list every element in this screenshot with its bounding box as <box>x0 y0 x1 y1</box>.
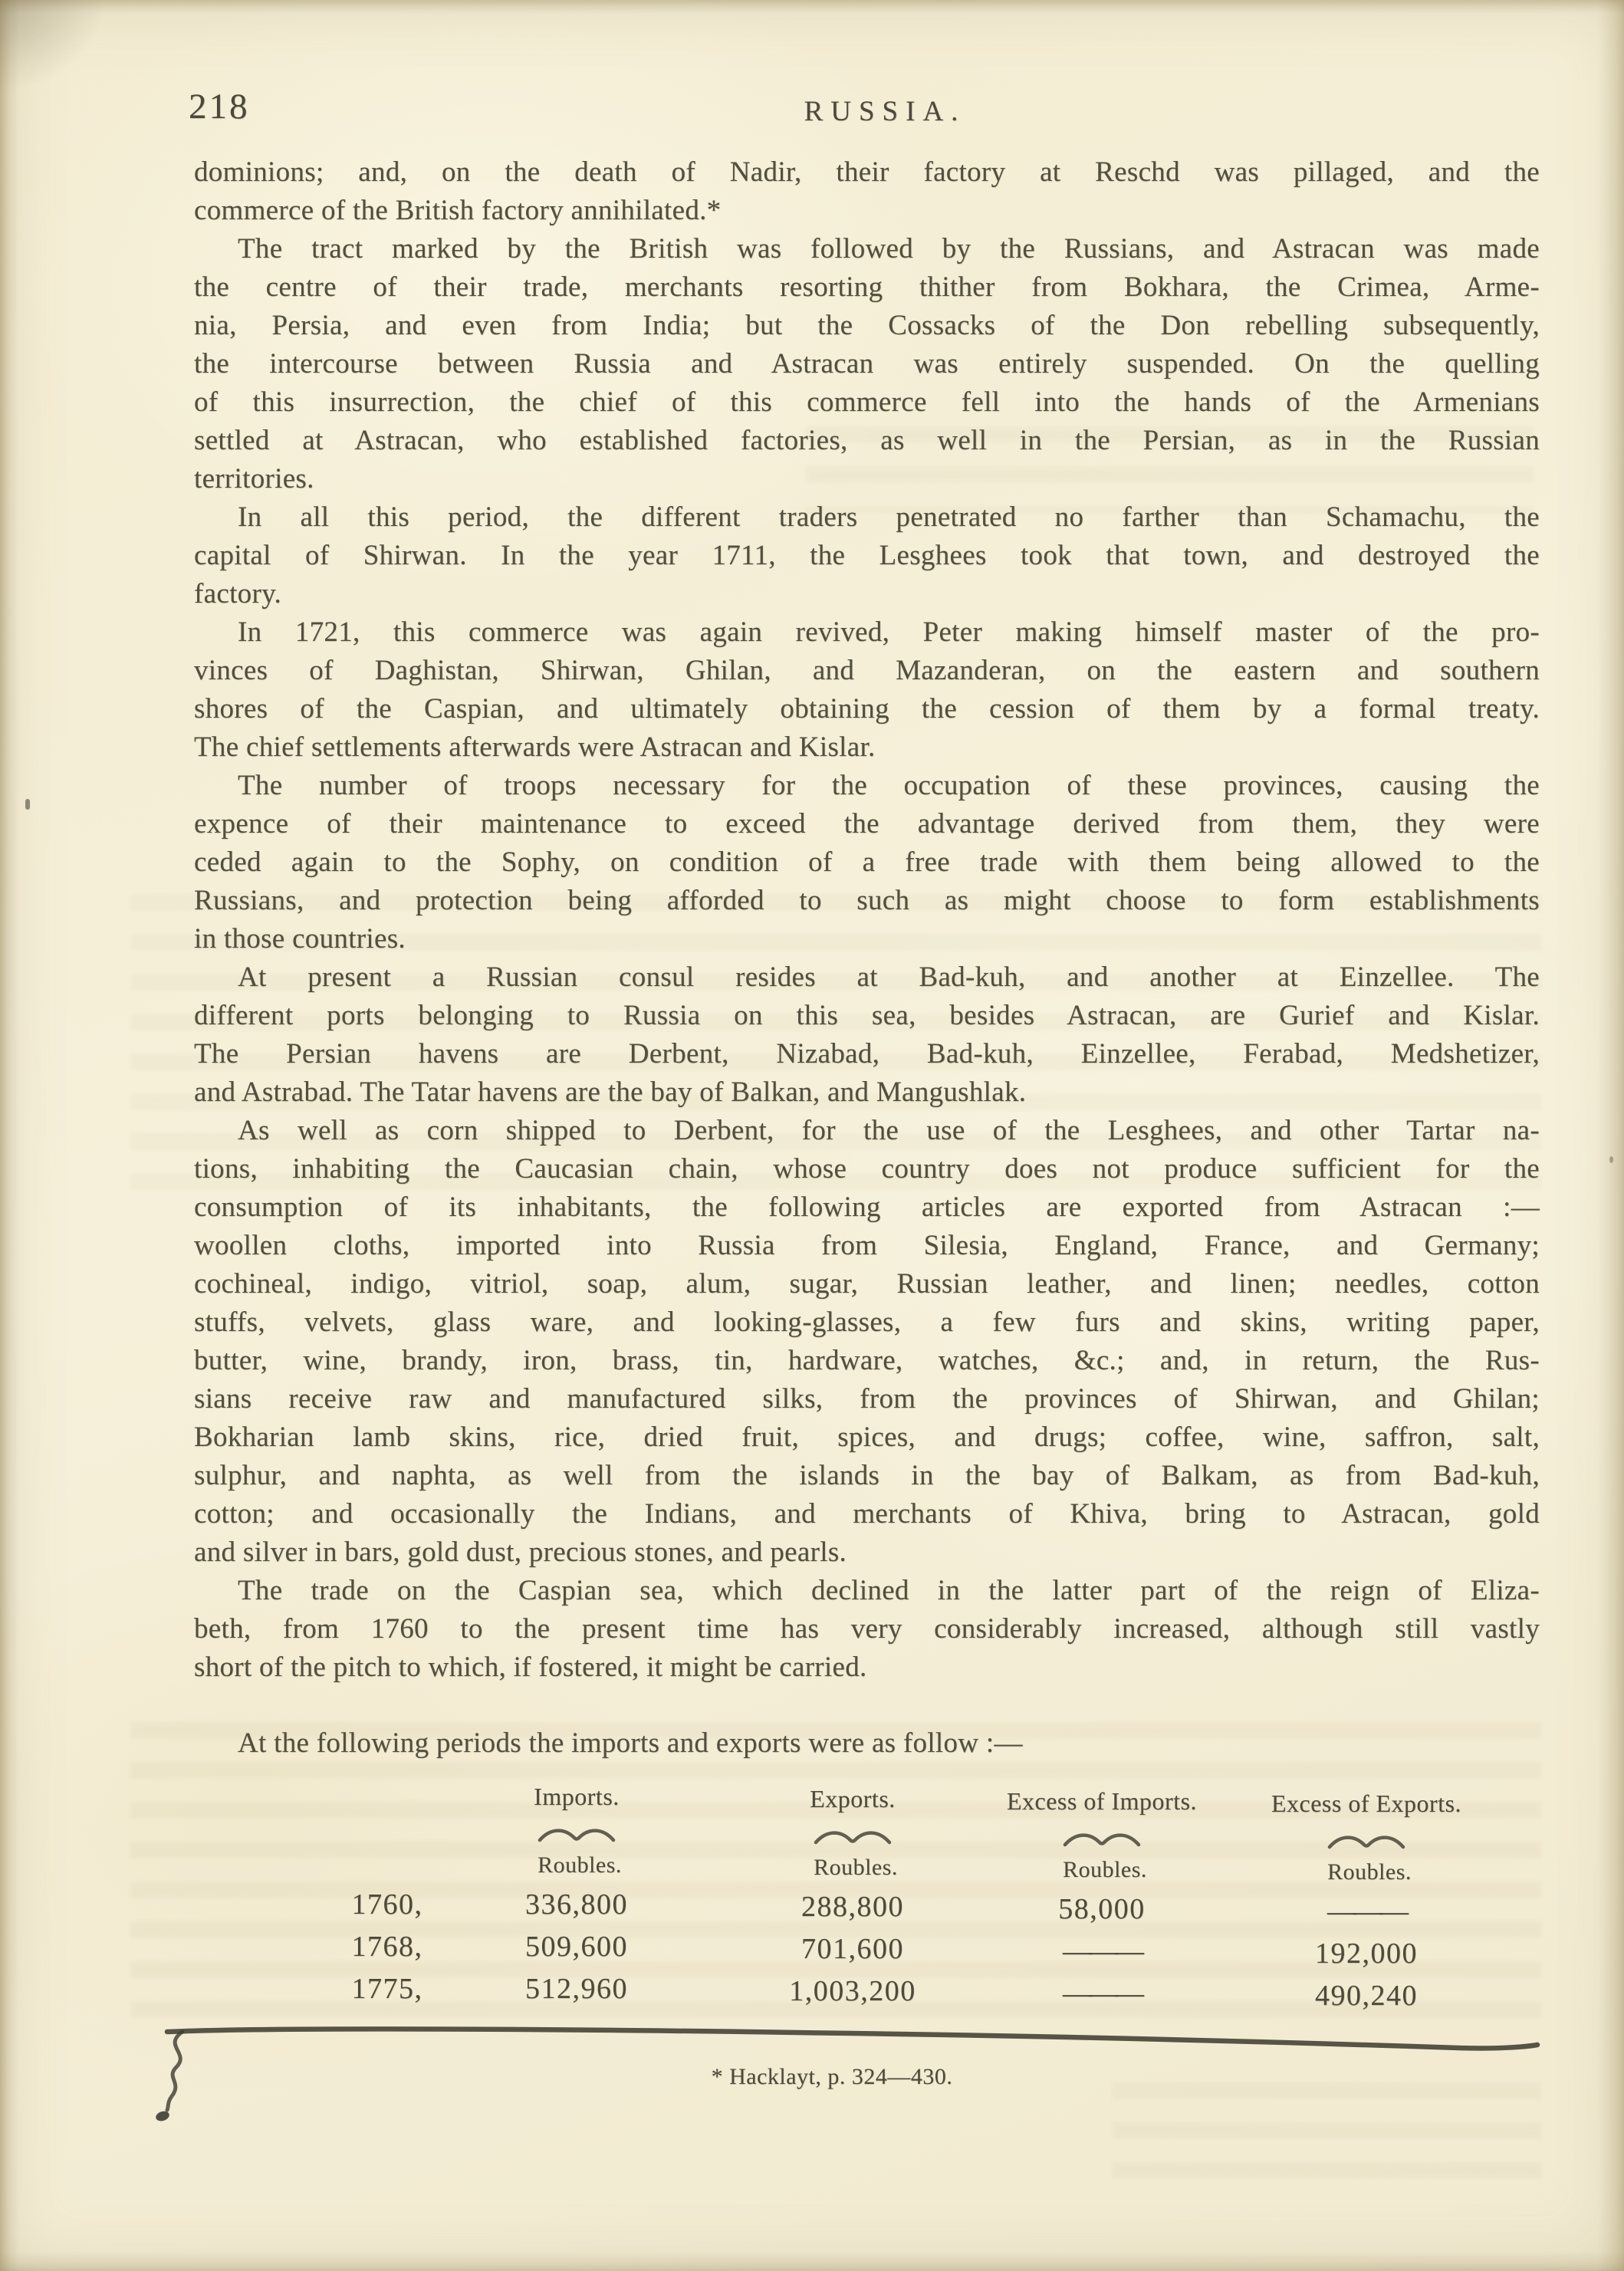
footnote-rule <box>163 2024 1543 2059</box>
text-line: Bokharian lamb skins, rice, dried fruit,… <box>194 1418 1540 1457</box>
brace-icon <box>813 1829 893 1851</box>
text-line: dominions; and, on the death of Nadir, t… <box>194 153 1540 192</box>
text-line: short of the pitch to which, if fostered… <box>194 1648 1540 1687</box>
text-line: The chief settlements afterwards were As… <box>194 728 1540 767</box>
text-line: the centre of their trade, merchants res… <box>194 268 1540 307</box>
text-line: and silver in bars, gold dust, precious … <box>194 1533 1540 1572</box>
unit-label: Roubles. <box>1327 1859 1412 1885</box>
brace-icon <box>1326 1833 1406 1855</box>
page-corner-shadow <box>0 0 107 92</box>
text-line: In 1721, this commerce was again revived… <box>194 613 1540 652</box>
column-header: Exports. <box>810 1785 896 1813</box>
year-cell: 1760, <box>352 1888 423 1921</box>
paragraph: In 1721, this commerce was again revived… <box>194 613 1540 767</box>
book-page: 218 RUSSIA. dominions; and, on the death… <box>0 0 1624 2271</box>
show-through <box>1112 2070 1541 2185</box>
table-intro: At the following periods the imports and… <box>238 1727 1023 1760</box>
value-cell: 192,000 <box>1315 1937 1418 1970</box>
ink-flourish-icon <box>150 2030 204 2130</box>
value-cell: ——— <box>1063 1977 1141 2010</box>
value-cell: 336,800 <box>525 1888 628 1921</box>
paragraph: At present a Russian consul resides at B… <box>194 958 1540 1112</box>
ink-speck <box>25 799 30 810</box>
text-line: cotton; and occasionally the Indians, an… <box>194 1495 1540 1533</box>
text-line: capital of Shirwan. In the year 1711, th… <box>194 537 1540 575</box>
unit-label: Roubles. <box>814 1855 898 1881</box>
text-line: and Astrabad. The Tatar havens are the b… <box>194 1073 1540 1112</box>
text-line: expence of their maintenance to exceed t… <box>194 805 1540 843</box>
value-cell: 490,240 <box>1315 1979 1418 2013</box>
text-line: stuffs, velvets, glass ware, and looking… <box>194 1303 1540 1342</box>
paragraph: In all this period, the different trader… <box>194 498 1540 613</box>
text-line: cochineal, indigo, vitriol, soap, alum, … <box>194 1265 1540 1303</box>
unit-label: Roubles. <box>537 1852 622 1878</box>
text-line: The trade on the Caspian sea, which decl… <box>194 1572 1540 1610</box>
column-header: Excess of Imports. <box>1007 1787 1197 1816</box>
column-header: Imports. <box>534 1783 620 1811</box>
paragraph: The trade on the Caspian sea, which decl… <box>194 1572 1540 1687</box>
footnote: * Hacklayt, p. 324—430. <box>712 2064 953 2090</box>
page-edge-bottom <box>0 2251 1624 2271</box>
body-text: dominions; and, on the death of Nadir, t… <box>194 153 1540 1687</box>
text-line: The Persian havens are Derbent, Nizabad,… <box>194 1035 1540 1073</box>
text-line: nia, Persia, and even from India; but th… <box>194 307 1540 345</box>
ink-speck <box>1609 1156 1613 1163</box>
text-line: sulphur, and naphta, as well from the is… <box>194 1457 1540 1495</box>
page-number: 218 <box>189 86 250 127</box>
page-gutter-shadow <box>0 0 20 2271</box>
text-line: At present a Russian consul resides at B… <box>194 958 1540 997</box>
value-cell: 509,600 <box>525 1930 628 1964</box>
value-cell: ——— <box>1063 1934 1141 1968</box>
unit-label: Roubles. <box>1063 1857 1147 1883</box>
text-line: ceded again to the Sophy, on condition o… <box>194 843 1540 882</box>
text-line: shores of the Caspian, and ultimately ob… <box>194 690 1540 728</box>
text-line: commerce of the British factory annihila… <box>194 192 1540 230</box>
text-line: settled at Astracan, who established fac… <box>194 422 1540 460</box>
value-cell: 58,000 <box>1058 1892 1146 1926</box>
year-cell: 1768, <box>352 1930 423 1964</box>
year-cell: 1775, <box>352 1972 423 2006</box>
running-head: RUSSIA. <box>804 95 966 128</box>
text-line: As well as corn shipped to Derbent, for … <box>194 1112 1540 1150</box>
text-line: In all this period, the different trader… <box>194 498 1540 537</box>
text-line: Russians, and protection being afforded … <box>194 882 1540 920</box>
text-line: woollen cloths, imported into Russia fro… <box>194 1227 1540 1265</box>
text-line: butter, wine, brandy, iron, brass, tin, … <box>194 1342 1540 1380</box>
column-header: Excess of Exports. <box>1271 1790 1461 1818</box>
text-line: territories. <box>194 460 1540 498</box>
text-line: the intercourse between Russia and Astra… <box>194 345 1540 383</box>
value-cell: 1,003,200 <box>789 1974 916 2008</box>
paragraph: The number of troops necessary for the o… <box>194 767 1540 958</box>
page-edge-top <box>0 0 1624 14</box>
value-cell: 701,600 <box>801 1932 904 1966</box>
text-line: consumption of its inhabitants, the foll… <box>194 1188 1540 1227</box>
text-line: tions, inhabiting the Caucasian chain, w… <box>194 1150 1540 1188</box>
text-line: sians receive raw and manufactured silks… <box>194 1380 1540 1418</box>
brace-icon <box>537 1826 616 1849</box>
paragraph: As well as corn shipped to Derbent, for … <box>194 1112 1540 1572</box>
paragraph: The tract marked by the British was foll… <box>194 230 1540 498</box>
text-line: The number of troops necessary for the o… <box>194 767 1540 805</box>
text-line: in those countries. <box>194 920 1540 958</box>
value-cell: 288,800 <box>801 1890 904 1924</box>
text-line: beth, from 1760 to the present time has … <box>194 1610 1540 1648</box>
value-cell: 512,960 <box>525 1972 628 2006</box>
text-line: of this insurrection, the chief of this … <box>194 383 1540 422</box>
value-cell: ——— <box>1327 1895 1405 1928</box>
text-line: The tract marked by the British was foll… <box>194 230 1540 268</box>
text-line: factory. <box>194 575 1540 613</box>
brace-icon <box>1062 1831 1142 1853</box>
paragraph: dominions; and, on the death of Nadir, t… <box>194 153 1540 230</box>
text-line: different ports belonging to Russia on t… <box>194 997 1540 1035</box>
page-edge-right <box>1598 0 1624 2271</box>
text-line: vinces of Daghistan, Shirwan, Ghilan, an… <box>194 652 1540 690</box>
